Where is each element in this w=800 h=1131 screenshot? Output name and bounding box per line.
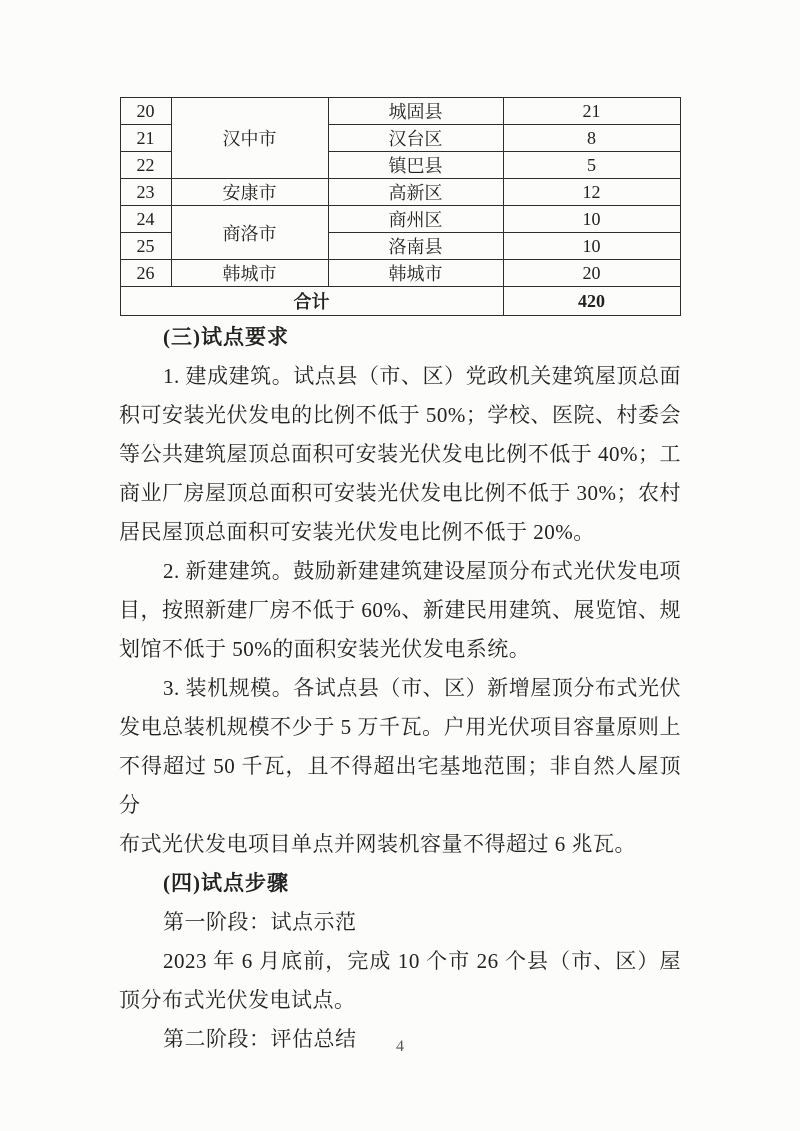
city-cell: 汉中市 <box>171 98 328 179</box>
para-1-line: 商业厂房屋顶总面积可安装光伏发电比例不低于 30%；农村 <box>119 474 681 513</box>
stage-1-line: 2023 年 6 月底前，完成 10 个市 26 个县（市、区）屋 <box>119 942 681 981</box>
count-cell: 12 <box>503 179 680 206</box>
count-cell: 8 <box>503 125 680 152</box>
body-text: (三)试点要求 1. 建成建筑。试点县（市、区）党政机关建筑屋顶总面 积可安装光… <box>119 318 681 1059</box>
count-cell: 10 <box>503 233 680 260</box>
para-1-line: 居民屋顶总面积可安装光伏发电比例不低于 20%。 <box>119 513 681 552</box>
district-cell: 商州区 <box>328 206 503 233</box>
district-cell: 城固县 <box>328 98 503 125</box>
district-cell: 韩城市 <box>328 260 503 287</box>
row-num-cell: 24 <box>120 206 171 233</box>
district-cell: 汉台区 <box>328 125 503 152</box>
table-row: 23 安康市 高新区 12 <box>120 179 680 206</box>
row-num-cell: 21 <box>120 125 171 152</box>
row-num-cell: 25 <box>120 233 171 260</box>
count-cell: 10 <box>503 206 680 233</box>
city-cell: 安康市 <box>171 179 328 206</box>
section-4-heading: (四)试点步骤 <box>119 864 681 903</box>
para-2-line: 目，按照新建厂房不低于 60%、新建民用建筑、展览馆、规 <box>119 591 681 630</box>
row-num-cell: 23 <box>120 179 171 206</box>
page-number: 4 <box>0 1038 800 1056</box>
count-cell: 20 <box>503 260 680 287</box>
para-2-line: 划馆不低于 50%的面积安装光伏发电系统。 <box>119 630 681 669</box>
para-3-line: 3. 装机规模。各试点县（市、区）新增屋顶分布式光伏 <box>119 669 681 708</box>
para-1-line: 积可安装光伏发电的比例不低于 50%；学校、医院、村委会 <box>119 396 681 435</box>
stage-1-line: 顶分布式光伏发电试点。 <box>119 981 681 1020</box>
section-3-heading: (三)试点要求 <box>119 318 681 357</box>
row-num-cell: 22 <box>120 152 171 179</box>
total-label-cell: 合计 <box>120 287 503 316</box>
city-cell: 商洛市 <box>171 206 328 260</box>
district-cell: 高新区 <box>328 179 503 206</box>
para-3-line: 布式光伏发电项目单点并网装机容量不得超过 6 兆瓦。 <box>119 825 681 864</box>
para-3-line: 发电总装机规模不少于 5 万千瓦。户用光伏项目容量原则上 <box>119 708 681 747</box>
document-page: 20 汉中市 城固县 21 21 汉台区 8 22 镇巴县 5 23 安 <box>0 0 800 1131</box>
page-content: 20 汉中市 城固县 21 21 汉台区 8 22 镇巴县 5 23 安 <box>119 0 681 1059</box>
count-cell: 5 <box>503 152 680 179</box>
pilot-counties-table: 20 汉中市 城固县 21 21 汉台区 8 22 镇巴县 5 23 安 <box>120 97 681 316</box>
table-row: 26 韩城市 韩城市 20 <box>120 260 680 287</box>
stage-1-title: 第一阶段：试点示范 <box>119 903 681 942</box>
row-num-cell: 20 <box>120 98 171 125</box>
table-row: 20 汉中市 城固县 21 <box>120 98 680 125</box>
district-cell: 镇巴县 <box>328 152 503 179</box>
row-num-cell: 26 <box>120 260 171 287</box>
para-1-line: 等公共建筑屋顶总面积可安装光伏发电比例不低于 40%；工 <box>119 435 681 474</box>
table-row: 24 商洛市 商州区 10 <box>120 206 680 233</box>
city-cell: 韩城市 <box>171 260 328 287</box>
para-2-line: 2. 新建建筑。鼓励新建建筑建设屋顶分布式光伏发电项 <box>119 552 681 591</box>
table-total-row: 合计 420 <box>120 287 680 316</box>
para-1-line: 1. 建成建筑。试点县（市、区）党政机关建筑屋顶总面 <box>119 357 681 396</box>
count-cell: 21 <box>503 98 680 125</box>
district-cell: 洛南县 <box>328 233 503 260</box>
total-value-cell: 420 <box>503 287 680 316</box>
para-3-line: 不得超过 50 千瓦，且不得超出宅基地范围；非自然人屋顶分 <box>119 747 681 825</box>
